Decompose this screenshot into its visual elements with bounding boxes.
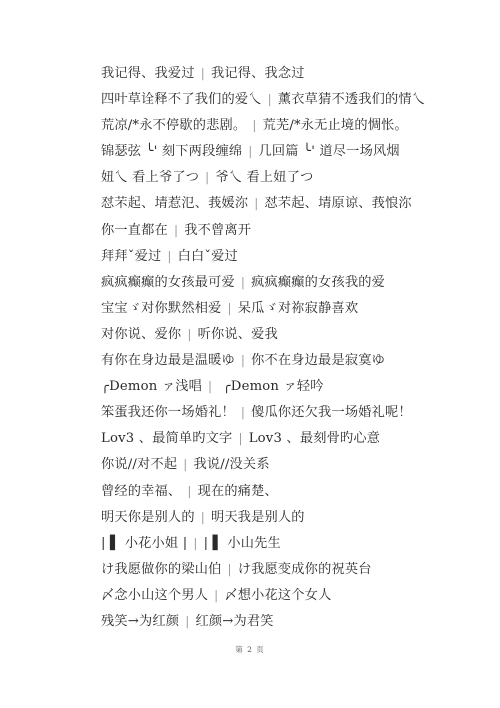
line-right: 薰衣草猜不透我们的情乀: [278, 92, 425, 107]
separator: |: [246, 118, 262, 132]
separator: |: [242, 144, 258, 158]
line-left: 残笑→为红颜: [101, 614, 179, 629]
line-left: 有你在身边最是温暖ゆ: [101, 353, 235, 368]
text-line: 你说//对不起|我说//没关系: [101, 453, 421, 479]
text-line: 明天你是别人的|明天我是别人的: [101, 506, 421, 532]
line-left: 对你说、爱你: [101, 327, 181, 342]
separator: |: [177, 457, 193, 471]
line-left: 笨蛋我还你一场婚礼！: [101, 405, 235, 420]
line-left: ╭Demon ァ浅唱: [101, 379, 202, 394]
line-left: 荒凉/*永不停歇的悲剧。: [101, 118, 246, 133]
line-right: 几回篇 ╰' 道尽一场风烟: [259, 144, 400, 159]
separator: |: [181, 484, 197, 498]
text-line: 我记得、我爱过|我记得、我念过: [101, 62, 421, 88]
line-right: 疯疯癫癫的女孩我的爱: [251, 275, 385, 290]
line-left: 宝宝ゞ对你默然相爱: [101, 301, 222, 316]
line-left: 拜拜ˇ爱过: [101, 249, 161, 264]
separator: |: [199, 170, 215, 184]
text-line: 拜拜ˇ爱过|白白ˇ爱过: [101, 245, 421, 271]
line-right: 荒芜/*永无止境的惆怅。: [263, 118, 408, 133]
separator: |: [195, 66, 211, 80]
line-left: 〆念小山这个男人: [101, 588, 208, 603]
line-left: 怼芣起、埥惹氾、莪媛沵: [101, 196, 248, 211]
separator: |: [262, 92, 278, 106]
page-number: 第 2 页: [0, 644, 500, 655]
line-left: Lov3 、最简单旳文字: [101, 431, 232, 446]
separator: |: [181, 327, 197, 341]
separator: |: [179, 614, 195, 628]
line-left: 你说//对不起: [101, 457, 177, 472]
separator: |: [202, 379, 218, 393]
line-left: 明天你是别人的: [101, 510, 195, 525]
line-right: 白白ˇ爱过: [178, 249, 238, 264]
line-right: Lov3 、最刻骨旳心意: [249, 431, 380, 446]
line-right: | ▌ 小山先生: [204, 536, 281, 551]
separator: |: [235, 275, 251, 289]
line-right: 我不曾离开: [184, 223, 251, 238]
line-left: | ▌ 小花小姐 |: [101, 536, 187, 551]
text-line: け我愿做你的梁山伯|け我愿变成你的祝英台: [101, 558, 421, 584]
document-page: 我记得、我爱过|我记得、我念过 四叶草诠释不了我们的爱乀|薰衣草猜不透我们的情乀…: [0, 0, 500, 708]
separator: |: [168, 223, 184, 237]
text-lines: 我记得、我爱过|我记得、我念过 四叶草诠释不了我们的爱乀|薰衣草猜不透我们的情乀…: [101, 62, 421, 636]
separator: |: [235, 405, 251, 419]
separator: |: [248, 196, 264, 210]
line-left: 你一直都在: [101, 223, 168, 238]
text-line: 怼芣起、埥惹氾、莪媛沵|怼芣起、埥原谅、莪悢沵: [101, 192, 421, 218]
text-line: 宝宝ゞ对你默然相爱|呆瓜ゞ对祢寂静喜欢: [101, 297, 421, 323]
separator: |: [187, 536, 203, 550]
text-line: 妞乀 看上爷了つ|爷乀 看上妞了つ: [101, 166, 421, 192]
text-line: 荒凉/*永不停歇的悲剧。|荒芜/*永无止境的惆怅。: [101, 114, 421, 140]
line-right: 明天我是别人的: [211, 510, 305, 525]
line-left: 四叶草诠释不了我们的爱乀: [101, 92, 262, 107]
line-right: 〆想小花这个女人: [224, 588, 331, 603]
line-left: 疯疯癫癫的女孩最可爱: [101, 275, 235, 290]
line-right: 听你说、爱我: [198, 327, 278, 342]
line-right: ╭Demon ァ轻吟: [218, 379, 323, 394]
line-right: 我说//没关系: [193, 457, 269, 472]
line-right: 我记得、我念过: [211, 66, 305, 81]
text-line: Lov3 、最简单旳文字|Lov3 、最刻骨旳心意: [101, 427, 421, 453]
separator: |: [222, 562, 238, 576]
text-line: 四叶草诠释不了我们的爱乀|薰衣草猜不透我们的情乀: [101, 88, 421, 114]
line-right: 红颜→为君笑: [195, 614, 273, 629]
line-right: 爷乀 看上妞了つ: [215, 170, 313, 185]
line-right: 傻瓜你还欠我一场婚礼呢！: [251, 405, 412, 420]
line-left: 曾经的幸福、: [101, 484, 181, 499]
text-line: ╭Demon ァ浅唱| ╭Demon ァ轻吟: [101, 375, 421, 401]
line-right: 呆瓜ゞ对祢寂静喜欢: [238, 301, 359, 316]
separator: |: [232, 431, 248, 445]
line-left: 妞乀 看上爷了つ: [101, 170, 199, 185]
text-line: 对你说、爱你|听你说、爱我: [101, 323, 421, 349]
text-line: 曾经的幸福、|现在的痛楚、: [101, 480, 421, 506]
text-line: 残笑→为红颜|红颜→为君笑: [101, 610, 421, 636]
separator: |: [235, 353, 251, 367]
separator: |: [208, 588, 224, 602]
separator: |: [195, 510, 211, 524]
line-right: 现在的痛楚、: [198, 484, 278, 499]
separator: |: [222, 301, 238, 315]
line-right: け我愿变成你的祝英台: [238, 562, 372, 577]
line-right: 你不在身边最是寂寞ゆ: [251, 353, 385, 368]
text-line: 笨蛋我还你一场婚礼！|傻瓜你还欠我一场婚礼呢！: [101, 401, 421, 427]
text-line: 疯疯癫癫的女孩最可爱|疯疯癫癫的女孩我的爱: [101, 271, 421, 297]
separator: |: [161, 249, 177, 263]
line-right: 怼芣起、埥原谅、莪悢沵: [265, 196, 412, 211]
line-left: 锦瑟弦 ╰' 刻下两段缠绵: [101, 144, 242, 159]
text-line: 你一直都在|我不曾离开: [101, 219, 421, 245]
text-line: 〆念小山这个男人|〆想小花这个女人: [101, 584, 421, 610]
line-left: け我愿做你的梁山伯: [101, 562, 222, 577]
text-line: 锦瑟弦 ╰' 刻下两段缠绵|几回篇 ╰' 道尽一场风烟: [101, 140, 421, 166]
text-line: | ▌ 小花小姐 ||| ▌ 小山先生: [101, 532, 421, 558]
text-line: 有你在身边最是温暖ゆ|你不在身边最是寂寞ゆ: [101, 349, 421, 375]
line-left: 我记得、我爱过: [101, 66, 195, 81]
